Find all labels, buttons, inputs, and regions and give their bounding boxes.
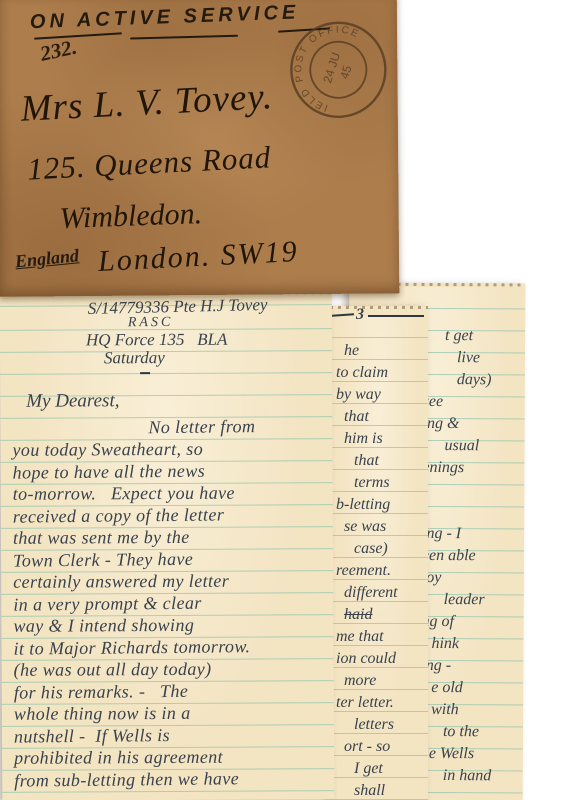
letter-line: ing - I [422, 523, 522, 546]
letter-line: hope to have all the news [13, 458, 331, 483]
letter-line: ing & [423, 413, 523, 436]
letter-line: ng of [422, 611, 522, 634]
letter-line: b-letting [336, 494, 428, 516]
letter-line: No letter from [12, 414, 330, 439]
letter-line: see [423, 391, 523, 414]
letter-line: I get [354, 758, 428, 780]
letter-line: terms [354, 472, 428, 494]
letter-line: hink [431, 633, 521, 655]
letter-line: to the [443, 721, 521, 743]
letter-line: shall [354, 780, 428, 800]
letter-line: ion could [336, 648, 428, 670]
letter-line [414, 501, 522, 524]
letter-line: live [457, 347, 523, 369]
letter-line: way & I intend showing [13, 613, 331, 637]
envelope: ON ACTIVE SERVICE 232. FIELD POST OFFICE… [0, 0, 399, 297]
letter-line: ing - [421, 655, 521, 678]
letter-line-struck-through: haid [344, 604, 428, 626]
sender-corps: RASC [128, 315, 174, 331]
letter-line: that [354, 450, 428, 472]
letter-line: received a copy of the letter [13, 502, 331, 527]
letter-line [414, 479, 522, 502]
letter-line: een able [422, 545, 522, 568]
letter-line: me that [336, 626, 428, 648]
address-line-town: Wimbledon. [59, 197, 203, 236]
letter-line: it to Major Richards tomorrow. [13, 634, 331, 659]
scanned-letter-and-envelope: ON ACTIVE SERVICE 232. FIELD POST OFFICE… [0, 0, 566, 800]
letter-line: penings [414, 457, 522, 480]
letter-line: certainly answered my letter [13, 569, 331, 593]
letter-line: prohibited in his agreement [14, 745, 332, 769]
country-label: England [14, 245, 80, 272]
on-active-service-label: ON ACTIVE SERVICE [30, 1, 300, 34]
page-number: 3 [356, 306, 364, 324]
page-number-dash [332, 313, 354, 317]
letter-line: him is [344, 428, 428, 450]
letter-line: usual [444, 435, 522, 457]
letter-line: nutshell - If Wells is [14, 722, 332, 747]
sorting-number: 232. [38, 35, 79, 67]
letter-line: by way [336, 384, 428, 406]
letter-right-fragments: t get live days) see ing & usual penings… [413, 325, 523, 788]
field-post-office-postmark-icon: FIELD POST OFFICE 24 JU 45 [276, 7, 401, 132]
sender-service-number: S/14779336 Pte H.J Tovey [88, 295, 268, 319]
letter-line: more [344, 670, 428, 692]
letter-line: that was sent me by the [13, 525, 331, 549]
letter-line: to claim [336, 362, 428, 384]
letter-line: ter letter. [336, 692, 428, 714]
letter-line: whole thing now is in a [14, 701, 332, 725]
letter-line: in hand [443, 765, 521, 787]
letter-line: days) [457, 369, 523, 391]
letter-middle-fragments: he to claim by way that him is that term… [336, 340, 428, 800]
letter-line: leader [444, 589, 522, 611]
letter-page-middle: 3 he to claim by way that him is that te… [330, 306, 428, 800]
letter-line: he Wells [421, 743, 521, 766]
postmark-date-bottom: 45 [337, 63, 354, 80]
letter-line: joy [422, 567, 522, 590]
letter-line: he [344, 340, 428, 362]
letter-line: reement. [336, 560, 428, 582]
letter-day: Saturday [104, 348, 165, 368]
address-line-city: London. SW19 [97, 235, 299, 279]
underline-stroke [130, 35, 238, 40]
letter-line: Town Clerk - They have [13, 546, 331, 571]
letter-line: for his remarks. - The [14, 678, 332, 703]
letter-line: from sub-letting then we have [14, 766, 332, 791]
letter-body: No letter from you today Sweatheart, so … [12, 415, 332, 791]
letter-line: case) [354, 538, 428, 560]
torn-edge [330, 306, 428, 309]
page-number-dash [368, 315, 424, 317]
letter-line: e old [431, 677, 521, 699]
letter-line: to-morrow. Expect you have [13, 481, 331, 505]
salutation: My Dearest, [26, 390, 119, 412]
letter-line: ort - so [344, 736, 428, 758]
letter-line: you today Sweatheart, so [12, 437, 330, 461]
address-line-name: Mrs L. V. Tovey. [20, 75, 274, 131]
letter-line: se was [344, 516, 428, 538]
letter-line: that [344, 406, 428, 428]
letter-line: (he was out all day today) [14, 657, 332, 681]
letter-page-main: S/14779336 Pte H.J Tovey RASC HQ Force 1… [0, 291, 334, 800]
letter-line: with [431, 699, 521, 721]
address-line-street: 125. Queens Road [26, 139, 272, 187]
letter-line: in a very prompt & clear [13, 590, 331, 615]
letter-line: t get [445, 325, 523, 347]
letter-line: different [344, 582, 428, 604]
letter-line: letters [354, 714, 428, 736]
underline-stroke [140, 372, 150, 374]
